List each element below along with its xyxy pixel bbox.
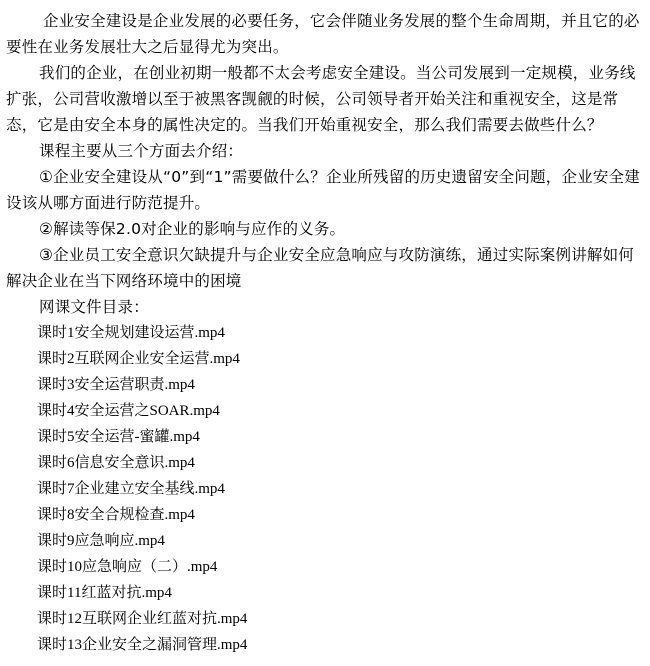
file-item: 课时12互联网企业红蓝对抗.mp4 — [6, 606, 642, 632]
file-item: 课时2互联网企业安全运营.mp4 — [6, 346, 642, 372]
document-body: 企业安全建设是企业发展的必要任务，它会伴随业务发展的整个生命周期，并且它的必要性… — [0, 0, 650, 658]
file-item: 课时10应急响应（二）.mp4 — [6, 554, 642, 580]
file-item: 课时5安全运营-蜜罐.mp4 — [6, 424, 642, 450]
course-point-3: ③企业员工安全意识欠缺提升与企业安全应急响应与攻防演练，通过实际案例讲解如何解决… — [6, 242, 642, 294]
file-list: 课时1安全规划建设运营.mp4 课时2互联网企业安全运营.mp4 课时3安全运营… — [6, 320, 642, 658]
course-point-1: ①企业安全建设从“0”到“1”需要做什么？企业所残留的历史遗留安全问题，企业安全… — [6, 164, 642, 216]
file-item: 课时9应急响应.mp4 — [6, 528, 642, 554]
file-item: 课时7企业建立安全基线.mp4 — [6, 476, 642, 502]
course-point-2: ②解读等保2.0对企业的影响与应作的义务。 — [6, 216, 642, 242]
file-item: 课时4安全运营之SOAR.mp4 — [6, 398, 642, 424]
file-item: 课时1安全规划建设运营.mp4 — [6, 320, 642, 346]
file-item: 课时13企业安全之漏洞管理.mp4 — [6, 632, 642, 658]
file-item: 课时6信息安全意识.mp4 — [6, 450, 642, 476]
file-item: 课时8安全合规检查.mp4 — [6, 502, 642, 528]
file-item: 课时3安全运营职责.mp4 — [6, 372, 642, 398]
file-directory-heading: 网课文件目录： — [6, 294, 642, 320]
course-overview-heading: 课程主要从三个方面去介绍： — [6, 138, 642, 164]
intro-paragraph: 企业安全建设是企业发展的必要任务，它会伴随业务发展的整个生命周期，并且它的必要性… — [6, 8, 642, 60]
context-paragraph: 我们的企业，在创业初期一般都不太会考虑安全建设。当公司发展到一定规模，业务线扩张… — [6, 60, 642, 138]
file-item: 课时11红蓝对抗.mp4 — [6, 580, 642, 606]
